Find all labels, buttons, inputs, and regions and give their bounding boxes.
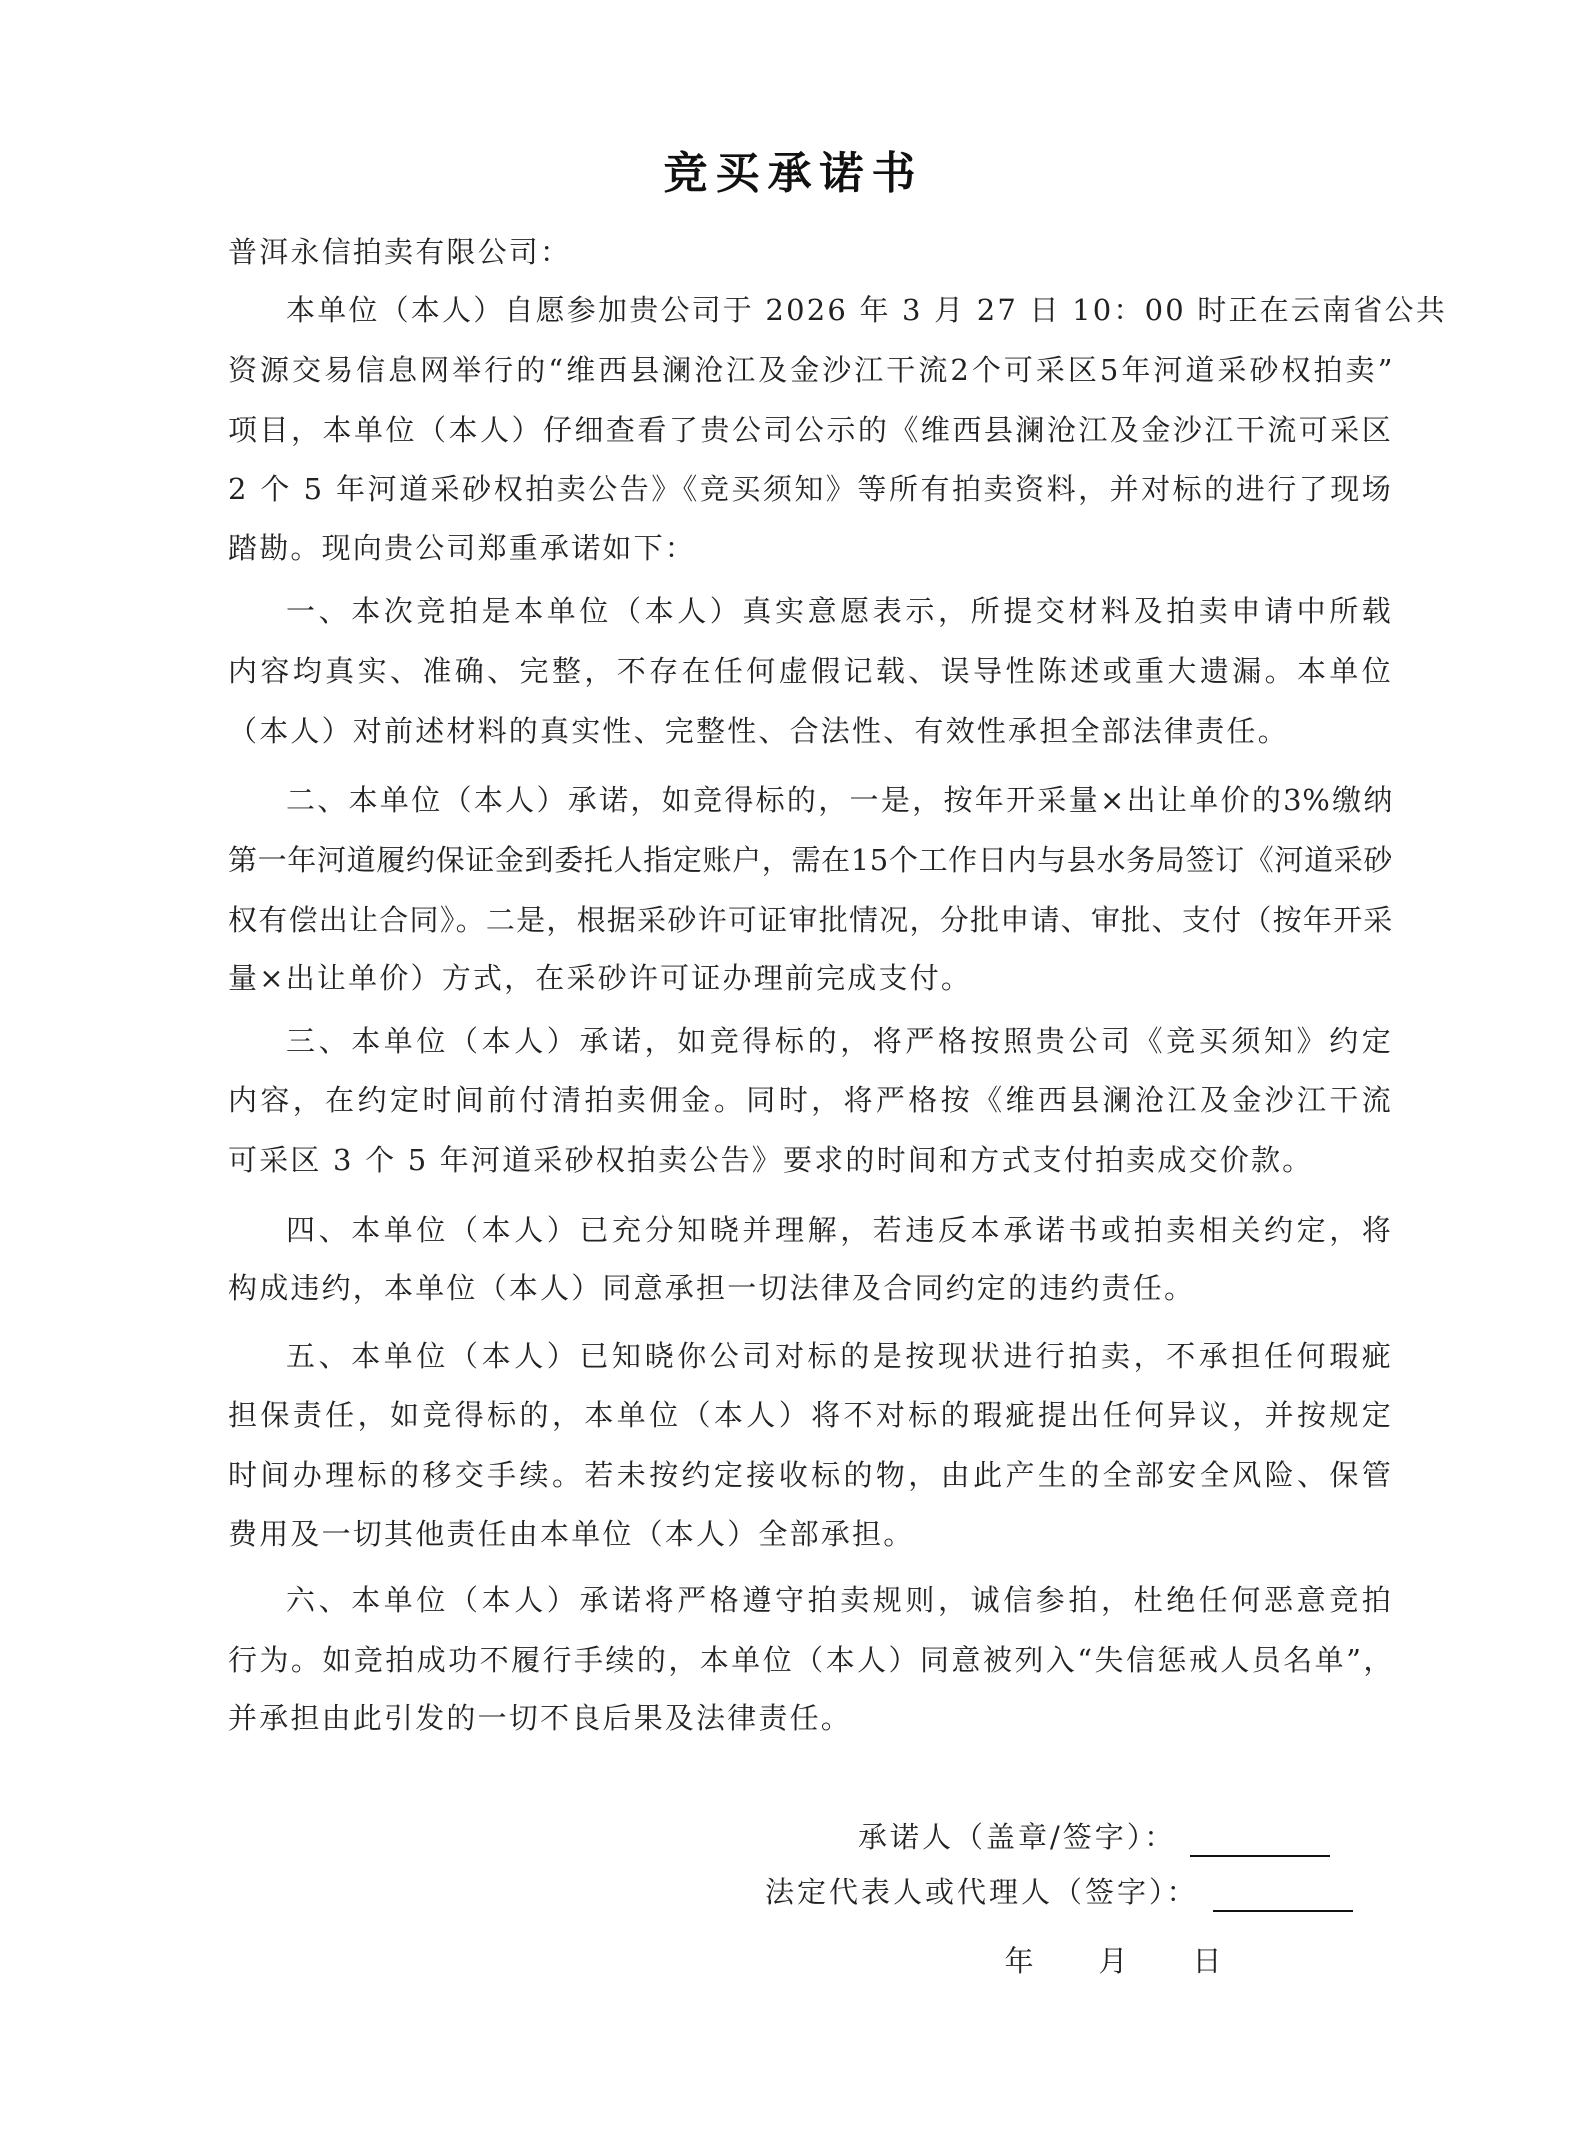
date-day-label: 日 <box>1183 1941 1231 1981</box>
paragraph-line: 权有偿出让合同》。二是，根据采砂许可证审批情况，分批申请、审批、支付（按年开采 <box>228 900 1393 940</box>
salutation: 普洱永信拍卖有限公司： <box>228 232 1393 272</box>
paragraph-line: 2 个 5 年河道采砂权拍卖公告》《竞买须知》等所有拍卖资料，并对标的进行了现场 <box>228 469 1393 509</box>
promisor-signature-field[interactable] <box>1190 1827 1330 1857</box>
promisor-signature-row: 承诺人（盖章/签字）： <box>858 1817 1330 1857</box>
paragraph-line: 费用及一切其他责任由本单位（本人）全部承担。 <box>228 1514 1393 1554</box>
paragraph-line: 可采区 3 个 5 年河道采砂权拍卖公告》要求的时间和方式支付拍卖成交价款。 <box>228 1140 1393 1180</box>
signature-date: 年 月 日 <box>995 1941 1231 1981</box>
representative-label: 法定代表人或代理人（签字）： <box>765 1872 1199 1912</box>
paragraph-line: 行为。如竞拍成功不履行手续的，本单位（本人）同意被列入“失信惩戒人员名单”， <box>228 1640 1393 1680</box>
paragraph-line: 本单位（本人）自愿参加贵公司于 2026 年 3 月 27 日 10：00 时正… <box>286 290 1393 330</box>
paragraph-line: 四、本单位（本人）已充分知晓并理解，若违反本承诺书或拍卖相关约定，将 <box>286 1210 1393 1250</box>
paragraph-line: （本人）对前述材料的真实性、完整性、合法性、有效性承担全部法律责任。 <box>228 711 1393 751</box>
paragraph-line: 二、本单位（本人）承诺，如竞得标的，一是，按年开采量×出让单价的3%缴纳 <box>286 780 1393 820</box>
document-page: 竞买承诺书 普洱永信拍卖有限公司： 本单位（本人）自愿参加贵公司于 2026 年… <box>0 0 1587 2134</box>
paragraph-line: 一、本次竞拍是本单位（本人）真实意愿表示，所提交材料及拍卖申请中所载 <box>286 591 1393 631</box>
paragraph-line: 量×出让单价）方式，在采砂许可证办理前完成支付。 <box>228 958 1393 998</box>
document-title: 竞买承诺书 <box>0 146 1587 202</box>
paragraph-line: 六、本单位（本人）承诺将严格遵守拍卖规则，诚信参拍，杜绝任何恶意竞拍 <box>286 1580 1393 1620</box>
paragraph-line: 内容均真实、准确、完整，不存在任何虚假记载、误导性陈述或重大遗漏。本单位 <box>228 651 1393 691</box>
promisor-label: 承诺人（盖章/签字）： <box>858 1817 1176 1857</box>
paragraph-line: 五、本单位（本人）已知晓你公司对标的是按现状进行拍卖，不承担任何瑕疵 <box>286 1336 1393 1376</box>
paragraph-line: 担保责任，如竞得标的，本单位（本人）将不对标的瑕疵提出任何异议，并按规定 <box>228 1395 1393 1435</box>
paragraph-line: 资源交易信息网举行的“维西县澜沧江及金沙江干流2个可采区5年河道采砂权拍卖” <box>228 350 1393 390</box>
paragraph-line: 构成违约，本单位（本人）同意承担一切法律及合同约定的违约责任。 <box>228 1268 1393 1308</box>
paragraph-line: 内容，在约定时间前付清拍卖佣金。同时，将严格按《维西县澜沧江及金沙江干流 <box>228 1080 1393 1120</box>
date-month-label: 月 <box>1089 1941 1137 1981</box>
representative-signature-row: 法定代表人或代理人（签字）： <box>765 1872 1353 1912</box>
representative-signature-field[interactable] <box>1213 1882 1353 1912</box>
date-year-label: 年 <box>995 1941 1043 1981</box>
paragraph-line: 时间办理标的移交手续。若未按约定接收标的物，由此产生的全部安全风险、保管 <box>228 1455 1393 1495</box>
paragraph-line: 三、本单位（本人）承诺，如竞得标的，将严格按照贵公司《竞买须知》约定 <box>286 1021 1393 1061</box>
paragraph-line: 踏勘。现向贵公司郑重承诺如下： <box>228 528 1393 568</box>
paragraph-line: 第一年河道履约保证金到委托人指定账户，需在15个工作日内与县水务局签订《河道采砂 <box>228 840 1393 880</box>
paragraph-line: 项目，本单位（本人）仔细查看了贵公司公示的《维西县澜沧江及金沙江干流可采区 <box>228 410 1393 450</box>
paragraph-line: 并承担由此引发的一切不良后果及法律责任。 <box>228 1698 1393 1738</box>
